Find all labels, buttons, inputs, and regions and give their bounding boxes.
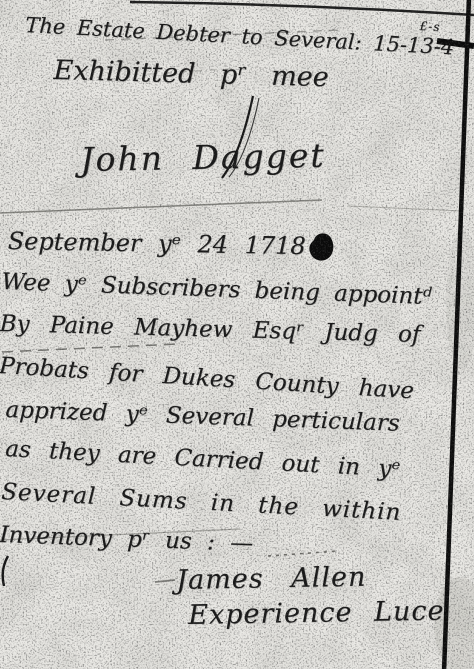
- amount-value: 15-13-4: [373, 31, 455, 59]
- ruled-line: [0, 200, 322, 213]
- body-line: By Paine Mayhew Esqʳ Judg of: [0, 311, 421, 348]
- body-line: Probats for Dukes County have: [0, 353, 415, 404]
- trailing-dashes: [268, 551, 338, 556]
- ink-blot-mark: [309, 233, 333, 260]
- dash-mark: [155, 580, 175, 582]
- body-line: as they are Carried out in yᵉ: [5, 436, 401, 483]
- body-line: Inventory pʳ us : —: [0, 522, 254, 557]
- estate-debt-line: The Estate Debter to Several: 15-13-4: [25, 13, 455, 59]
- body-line: Several Sums in the within: [1, 479, 402, 526]
- currency-marks: £-s: [419, 19, 441, 34]
- edge-shading: [446, 230, 474, 370]
- decedent-name: John Dagget: [80, 136, 326, 179]
- signature-experience-luce: Experience Luce: [188, 596, 445, 631]
- body-line: Wee yᵉ Subscribers being appointᵈ: [1, 269, 432, 310]
- exhibit-line: Exhibitted pʳ mee: [53, 55, 329, 93]
- manuscript-page: The Estate Debter to Several: 15-13-4 £-…: [0, 0, 474, 669]
- pen-flourish: [3, 556, 8, 586]
- date-line: September yᵉ 24 1718: [8, 227, 306, 260]
- debt-text: The Estate Debter to Several:: [25, 13, 363, 55]
- vertical-rule-line: [444, 0, 469, 669]
- underline-dashes: [2, 344, 178, 352]
- page-top-edge-line: [130, 2, 474, 15]
- signature-james-allen: James Allen: [176, 562, 367, 596]
- body-line: apprized yᵉ Several perticulars: [5, 397, 400, 437]
- ruled-line: [348, 206, 462, 211]
